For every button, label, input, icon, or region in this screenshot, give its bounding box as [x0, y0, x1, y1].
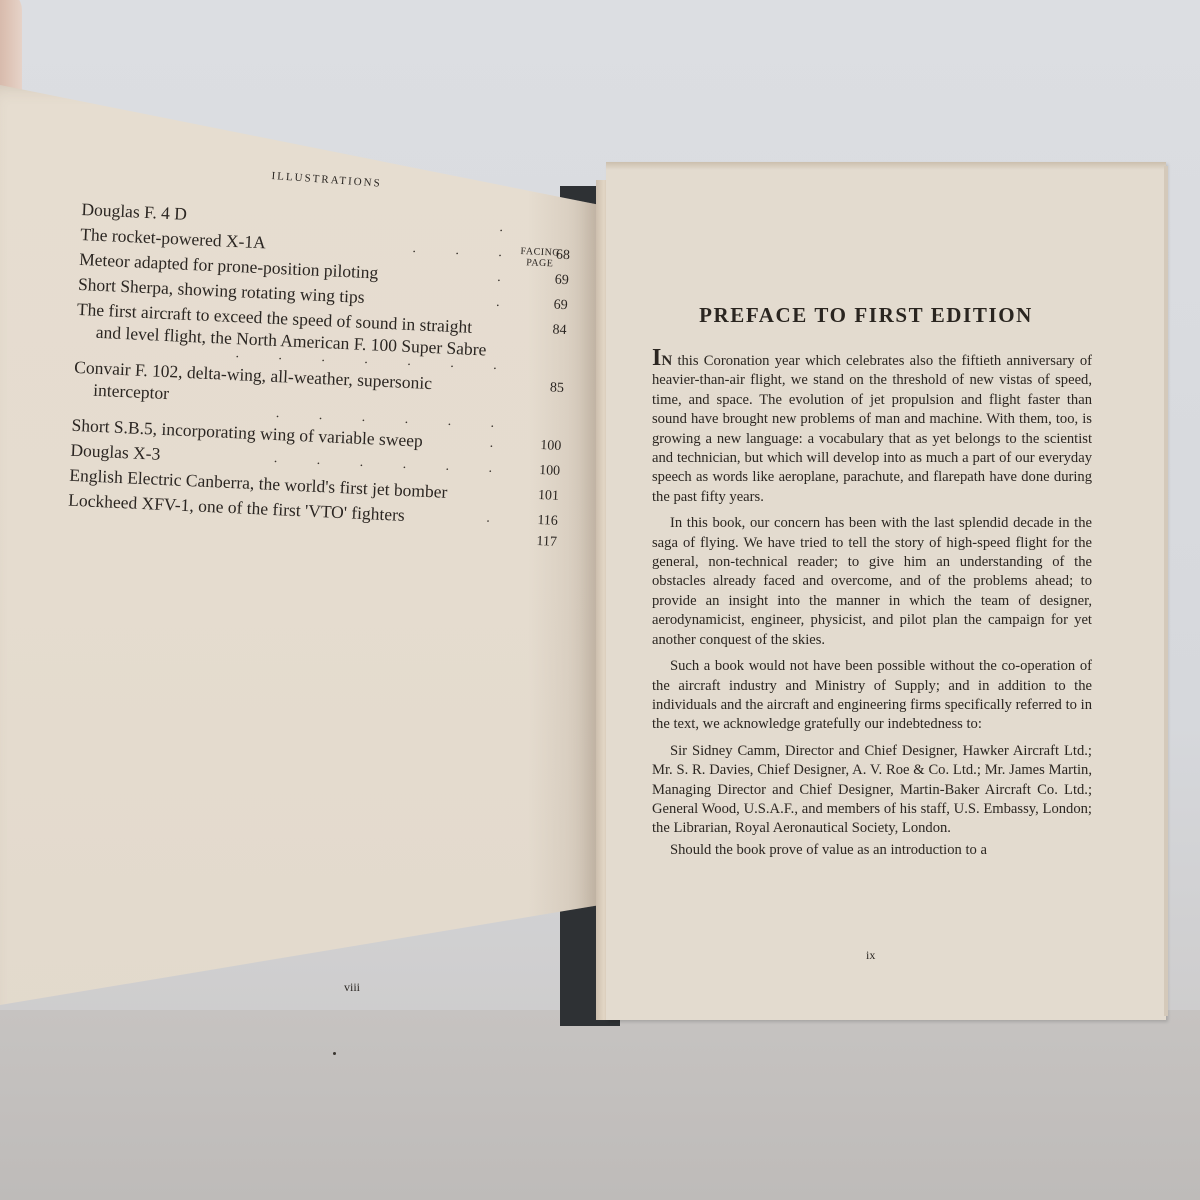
- page-stack-edge: [1164, 166, 1168, 1016]
- dot-leader: .: [489, 433, 511, 456]
- page-folio-right: ix: [866, 948, 875, 963]
- item-title: The rocket-powered X-1A: [80, 224, 266, 252]
- dot-leader: .: [499, 217, 521, 240]
- page-number: 85: [523, 376, 564, 400]
- item-title: Douglas X-3: [70, 440, 161, 464]
- page-number: 116: [517, 509, 558, 533]
- page-number: 84: [526, 318, 567, 342]
- dot-leader: . . .: [412, 238, 520, 265]
- page-number: 68: [529, 243, 570, 267]
- paragraph-4: Sir Sidney Camm, Director and Chief Desi…: [652, 742, 1092, 839]
- dot-leader: .: [497, 267, 519, 290]
- paragraph-1: IN this Coronation year which celebrates…: [652, 352, 1092, 507]
- dot-leader: .: [486, 508, 508, 531]
- page-number: 69: [528, 268, 569, 292]
- preface-body: IN this Coronation year which celebrates…: [652, 352, 1092, 860]
- item-title: Douglas F. 4 D: [81, 199, 187, 224]
- page-folio-left: viii: [344, 980, 360, 995]
- drop-cap: I: [652, 345, 661, 371]
- preface-title: PREFACE TO FIRST EDITION: [606, 303, 1126, 328]
- page-number: 100: [520, 459, 561, 483]
- paragraph-3: Such a book would not have been possible…: [652, 657, 1092, 735]
- dot-leader: .: [496, 292, 518, 315]
- page-number: 101: [518, 484, 559, 508]
- paragraph-2: In this book, our concern has been with …: [652, 514, 1092, 650]
- page-number: 69: [527, 293, 568, 317]
- paragraph-5: Should the book prove of value as an int…: [652, 841, 1092, 860]
- page-number: 100: [521, 434, 562, 458]
- page-number: 117: [516, 530, 557, 554]
- table-surface: [0, 1010, 1200, 1200]
- illustrations-list: FACING PAGE Douglas F. 4 D . The rocket-…: [67, 198, 572, 557]
- paper-speck: [333, 1052, 336, 1055]
